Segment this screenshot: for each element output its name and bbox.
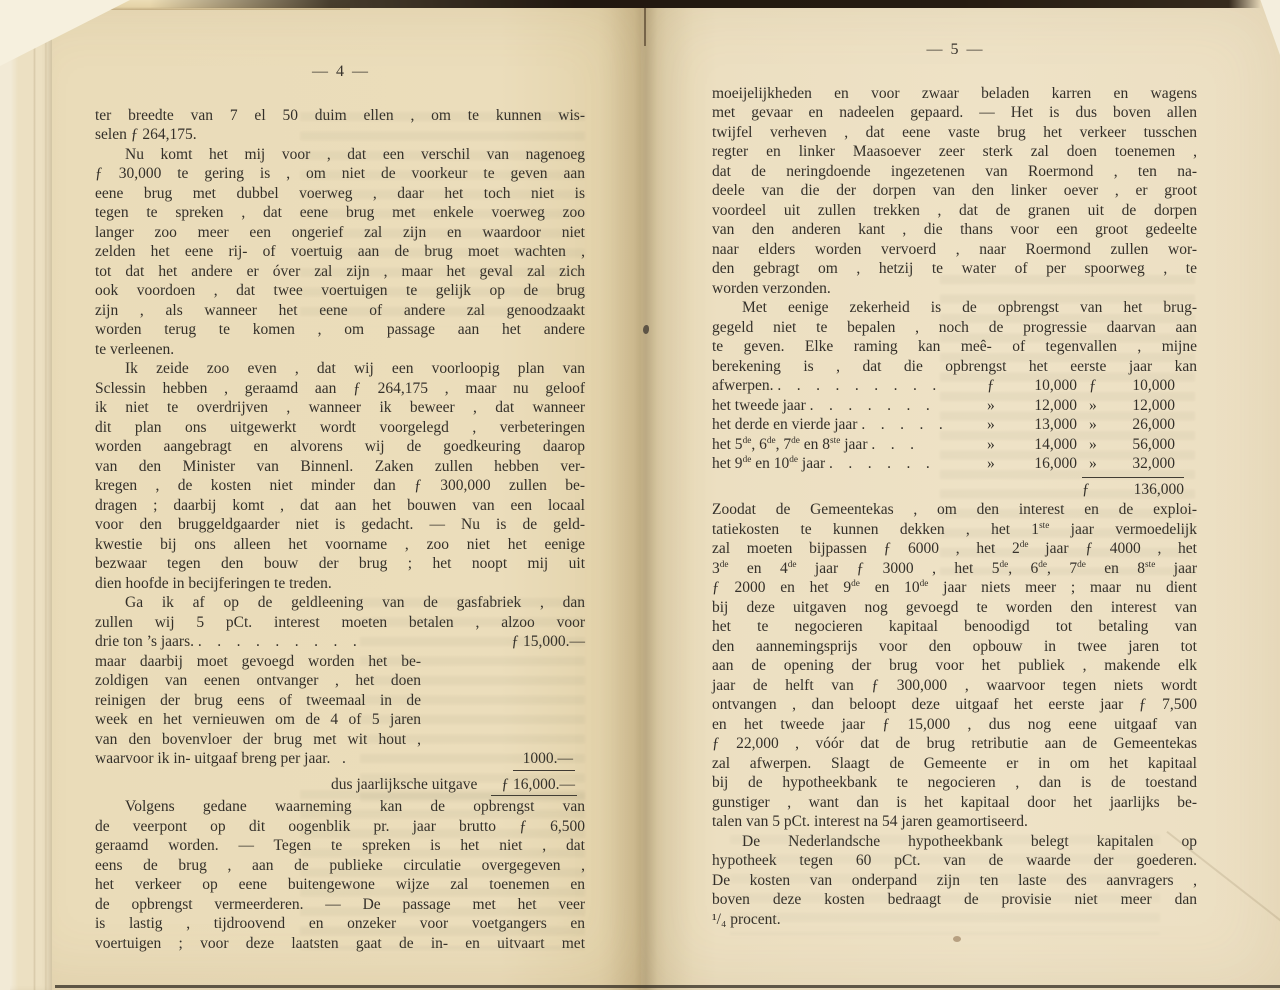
text-line: dit plan ons uitgewerkt wordt voorgelegd… [95,418,585,438]
text-line: kwestie bij ons alleen het voorname , zo… [95,535,585,555]
text-line: Sclessin hebben , geraamd aan ƒ 264,175 … [95,379,585,399]
page-number: — 4 — [95,62,585,82]
expense-label: waarvoor ik in- uitgaaf breng per jaar. … [95,749,346,769]
show-through-texture [360,598,585,813]
text-line: jaar de helft van ƒ 300,000 , waarvoor t… [712,676,1197,696]
paragraph: moeijelijkheden en voor zwaar beladen ka… [712,84,1197,299]
text-line: naar elders worden vervoerd , naar Roerm… [712,240,1197,260]
text-line: ontvangen , dan beloopt deze uitgaaf het… [712,695,1197,715]
text-line: moeijelijkheden en voor zwaar beladen ka… [712,84,1197,104]
text-line: bij deze uitgaven nog gevoegd te worden … [712,598,1197,618]
text-line: worden aangebragt en alvorens wij de goe… [95,437,585,457]
text-line: dragen ; daarbij komt , dat aan het bouw… [95,496,585,516]
book-bottom-edge-line [55,985,1280,988]
scan-left-margin [0,0,10,990]
text-line: bezwaar tegen den bouw der brug ; het no… [95,554,585,574]
text-line: kregen , de kosten niet minder dan ƒ 300… [95,476,585,496]
text-line: zal afwerpen. Slaagt de Gemeente er in o… [712,754,1197,774]
expense-label: drie ton ’s jaars. . . . . . . . . . [95,632,357,652]
text-line: twijfel verheven , dat eene vaste brug h… [712,123,1197,143]
ink-speck [643,325,649,334]
text-line: van den anderen kant , die thans voor ee… [712,220,1197,240]
text-line: den aannemingsprijs voor den opbouw in t… [712,637,1197,657]
book-cover-top-edge [0,0,1280,8]
show-through-texture [300,112,585,327]
text-line: regter en linker Maasoever zeer sterk za… [712,142,1197,162]
text-line: gunstiger , want dan is het kapitaal doo… [712,793,1197,813]
text-line: aan de opening der brug voor het publiek… [712,656,1197,676]
text-line: ik niet te overdrijven , wanneer ik bewe… [95,398,585,418]
text-line: het te negocieren kapitaal benoodigd tot… [712,617,1197,637]
show-through-texture [940,275,1195,575]
paper-speck [953,936,961,942]
book-scan: { "colors": { "paper_left": "#eadcb9", "… [0,0,1280,990]
text-line: voor den bruggeldgaarder niet is gedacht… [95,515,585,535]
text-line: voordeel uit zullen trekken , dat de gra… [712,201,1197,221]
text-line: bij de hypotheekbank te negocieren , dan… [712,773,1197,793]
text-line: te verleenen. [95,340,585,360]
text-line: dien hoofde in becijferingen te treden. [95,574,585,594]
text-line: deele van die der dorpen van den linker … [712,181,1197,201]
text-line: ƒ 22,000 , vóór dat de brug retributie a… [712,734,1197,754]
paragraph: Ik zeide zoo even , dat wij een voorloop… [95,359,585,593]
text-line: Ik zeide zoo even , dat wij een voorloop… [95,359,585,379]
show-through-texture [300,790,585,950]
text-line: met gevaar en nadeelen gepaard. — Het is… [712,103,1197,123]
text-line: van den Minister van Binnenl. Zaken zull… [95,457,585,477]
text-line: dat de neringdoende ingezetenen van Roer… [712,162,1197,182]
show-through-texture [730,835,1160,935]
book-gutter-shadow [598,0,694,990]
text-line: en het tweede jaar ƒ 15,000 , dus nog ee… [712,715,1197,735]
page-number: — 5 — [712,40,1197,60]
text-line: ƒ 2000 en het 9de en 10de jaar niets mee… [712,578,1197,598]
text-line: talen van 5 pCt. interest na 54 jaren ge… [712,812,1197,832]
page-edge-stack-left [10,0,52,990]
